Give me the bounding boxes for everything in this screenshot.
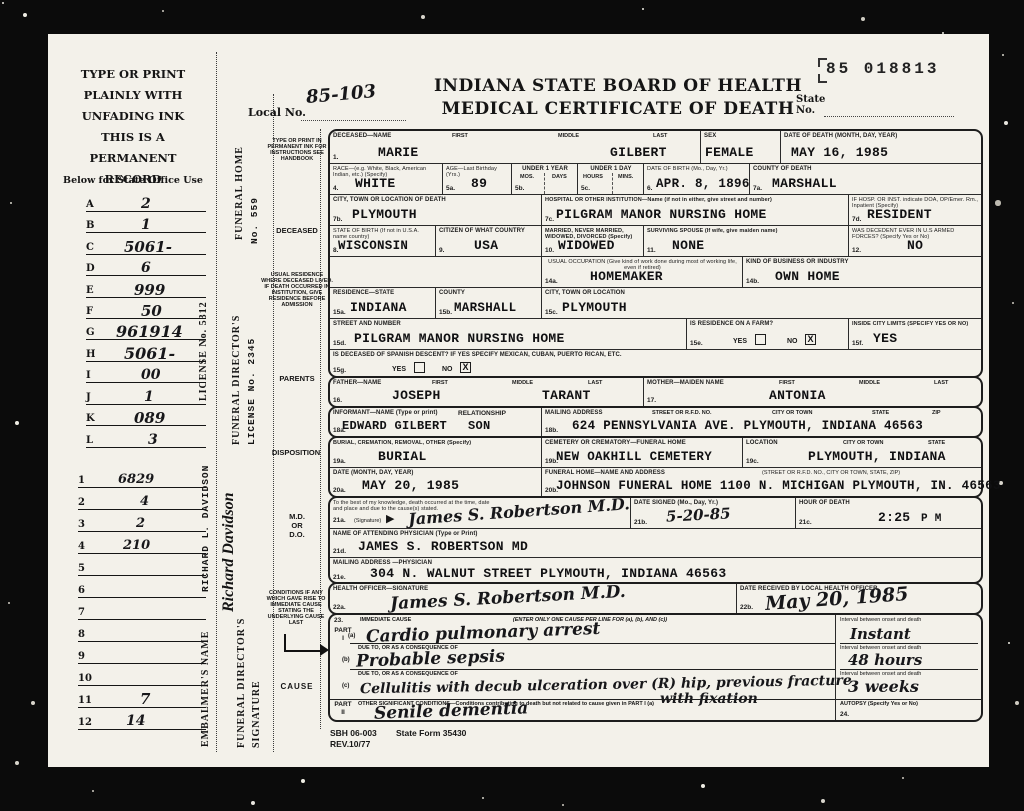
row-value: 14: [126, 713, 145, 729]
field-label: DATE OF BIRTH (Mo., Day, Yr.): [647, 166, 747, 172]
field-hospital: HOSPITAL OR OTHER INSTITUTION—Name (if n…: [541, 194, 848, 225]
field-hour-of-death: HOUR OF DEATH 21c. 2:25 P M: [795, 498, 981, 528]
fd-signature-script: Richard Davidson: [220, 442, 238, 612]
autopsy-label: AUTOPSY (Specify Yes or No): [840, 701, 975, 707]
field-state-of-birth: STATE OF BIRTH (If not in U.S.A. name co…: [330, 225, 435, 256]
interval-line: [840, 643, 978, 644]
physician-address-value: 304 N. WALNUT STREET PLYMOUTH, INDIANA 4…: [370, 566, 726, 581]
col-middle: MIDDLE: [859, 380, 880, 386]
other-conditions-value: Senile dementia: [374, 698, 529, 723]
col-middle: MIDDLE: [558, 133, 579, 139]
state-of-birth-value: WISCONSIN: [338, 239, 408, 253]
col-last: LAST: [934, 380, 948, 386]
field-number: 19a.: [333, 458, 346, 465]
row-letter: I: [86, 370, 91, 381]
field-label: LOCATION: [746, 440, 806, 447]
section-informant: INFORMANT—NAME (Type or print) RELATIONS…: [328, 406, 983, 438]
section-deceased: DECEASED—NAME FIRST MIDDLE LAST 1. MARIE…: [328, 129, 983, 378]
field-if-hosp: IF HOSP. OR INST. indicate DOA, OP/Emer.…: [848, 194, 981, 225]
row-letter: H: [86, 349, 95, 360]
divider: [216, 52, 217, 752]
row-number: 3: [78, 519, 85, 530]
signature-caption: (Signature): [354, 518, 381, 524]
divider: [612, 173, 613, 194]
date-signed-value: 5-20-85: [666, 504, 731, 525]
row-value: 2: [136, 516, 145, 531]
field-label: FATHER—NAME: [333, 380, 403, 387]
state-no-label: State No.: [796, 94, 825, 116]
field-number: 14b.: [746, 278, 759, 285]
field-number: 7a.: [753, 185, 762, 192]
field-label: IS DECEASED OF SPANISH DESCENT? IF YES S…: [333, 352, 733, 359]
row-letter: C: [86, 242, 94, 253]
instruction-line: THIS IS A: [58, 127, 208, 148]
section-label-deceased: DECEASED: [266, 226, 328, 235]
field-label: FUNERAL HOME—NAME AND ADDRESS: [545, 470, 705, 477]
field-residence-city: CITY, TOWN OR LOCATION 15c. PLYMOUTH: [541, 287, 981, 318]
row-number: 5: [78, 563, 85, 574]
father-last-value: TARANT: [542, 388, 591, 403]
row-value: 089: [134, 409, 165, 427]
field-residence-state: RESIDENCE—STATE 15a. INDIANA: [330, 287, 435, 318]
field-disposition-location: LOCATION CITY OR TOWN STATE 19c. PLYMOUT…: [742, 438, 981, 467]
field-number: 15e.: [690, 340, 703, 347]
field-number: 21b.: [634, 519, 647, 526]
age-value: 89: [471, 176, 487, 191]
date-of-death-value: MAY 16, 1985: [791, 145, 888, 160]
col-state: STATE: [872, 410, 889, 416]
armed-forces-value: NO: [907, 238, 923, 253]
father-first-value: JOSEPH: [392, 388, 441, 403]
stamp-corner: [818, 74, 827, 83]
cause-b-interval: 48 hours: [848, 651, 922, 669]
field-number: 15b.: [439, 309, 452, 316]
field-number: 16.: [333, 397, 342, 404]
field-number: 21a.: [333, 517, 346, 524]
interval-label: Interval between onset and death: [840, 617, 975, 623]
funeral-home-value: JOHNSON FUNERAL HOME 1100 N. MICHIGAN PL…: [556, 479, 1001, 493]
field-label: RESIDENCE—STATE: [333, 290, 433, 297]
row-number: 11: [78, 695, 92, 706]
field-label: CITIZEN OF WHAT COUNTRY: [439, 228, 539, 235]
row-value: 5061-: [124, 238, 172, 256]
certificate-document: TYPE OR PRINT PLAINLY WITH UNFADING INK …: [48, 34, 989, 767]
section-cause: 23. IMMEDIATE CAUSE (ENTER ONLY ONE CAUS…: [328, 613, 983, 722]
field-date-of-birth: DATE OF BIRTH (Mo., Day, Yr.) 6. APR. 8,…: [643, 163, 749, 194]
local-no-value: 85-103: [305, 81, 377, 108]
field-label: CITY, TOWN OR LOCATION OF DEATH: [333, 197, 539, 204]
field-funeral-home: FUNERAL HOME—NAME AND ADDRESS (STREET OR…: [541, 467, 981, 496]
field-label: MAILING ADDRESS: [545, 410, 625, 417]
field-number: 21d.: [333, 548, 346, 555]
field-date-signed: DATE SIGNED (Mo., Day, Yr.) 21b. 5-20-85: [630, 498, 795, 528]
section-label-usual-residence: USUAL RESIDENCE WHERE DECEASED LIVED. IF…: [261, 272, 333, 308]
funeral-director-license: LICENSE No. 2345: [246, 230, 257, 445]
funeral-home-sublabel: (STREET OR R.F.D. NO., CITY OR TOWN, STA…: [762, 470, 900, 476]
field-sex: SEX FEMALE: [700, 131, 780, 163]
row-number: 7: [78, 607, 85, 618]
relationship-value: SON: [468, 419, 491, 433]
row-letter: A: [86, 199, 94, 210]
row-value: 210: [123, 538, 150, 553]
col-city: CITY OR TOWN: [772, 410, 812, 416]
row-letter: D: [86, 263, 95, 274]
row-number: 6: [78, 585, 85, 596]
field-label: CITY, TOWN OR LOCATION: [545, 290, 979, 297]
spanish-no-label: NO: [442, 366, 453, 373]
scan-noise: [2, 2, 4, 4]
col-last: LAST: [588, 380, 602, 386]
field-label: NAME OF ATTENDING PHYSICIAN (Type or Pri…: [333, 531, 979, 538]
field-label: INFORMANT—NAME (Type or print): [333, 410, 443, 417]
county-of-death-value: MARSHALL: [772, 176, 837, 191]
field-citizen: CITIZEN OF WHAT COUNTRY 9. USA: [435, 225, 541, 256]
row-value: 5061-: [124, 344, 175, 363]
disposition-date-value: MAY 20, 1985: [362, 478, 459, 493]
empty-cell: [330, 256, 541, 287]
farm-yes-label: YES: [733, 338, 747, 345]
revision-label: REV.10/77: [330, 739, 370, 749]
section-label-cause: CAUSE: [266, 682, 328, 691]
section-health-officer: HEALTH OFFICER—SIGNATURE 22a. James S. R…: [328, 582, 983, 615]
row-value: 2: [141, 196, 151, 212]
spanish-yes-checkbox: [414, 362, 425, 373]
hospital-value: PILGRAM MANOR NURSING HOME: [556, 207, 767, 222]
row-number: 2: [78, 497, 85, 508]
due-to-label: DUE TO, OR AS A CONSEQUENCE OF: [358, 671, 458, 677]
date-of-birth-value: APR. 8, 1896: [656, 177, 750, 191]
field-number: 6.: [647, 185, 652, 192]
cause-line: [350, 669, 835, 670]
field-number: 17.: [647, 397, 656, 404]
row-value: 00: [141, 367, 160, 383]
field-label: DATE OF DEATH (MONTH, DAY, YEAR): [784, 133, 979, 140]
row-letter: J: [86, 392, 91, 403]
section-parents: FATHER—NAME FIRST MIDDLE LAST 16. JOSEPH…: [328, 376, 983, 408]
funeral-home-number: No. 559: [249, 126, 260, 244]
residence-city-value: PLYMOUTH: [562, 300, 627, 315]
field-date-received: DATE RECEIVED BY LOCAL HEALTH OFFICER 22…: [736, 584, 981, 613]
field-number: 7b.: [333, 216, 342, 223]
instruction-line: TYPE OR PRINT: [58, 64, 208, 85]
field-health-officer: HEALTH OFFICER—SIGNATURE 22a. James S. R…: [330, 584, 736, 613]
if-hosp-value: RESIDENT: [867, 207, 932, 222]
field-number: 15g.: [333, 367, 346, 374]
field-number: 4.: [333, 185, 338, 192]
field-label: INSIDE CITY LIMITS (SPECIFY YES OR NO): [852, 321, 979, 327]
license-number: LICENSE No. 5312: [198, 226, 209, 401]
occupation-value: HOMEMAKER: [590, 269, 663, 284]
field-street-number: STREET AND NUMBER 15d. PILGRAM MANOR NUR…: [330, 318, 686, 349]
col-mos: MOS.: [520, 174, 534, 180]
field-surviving-spouse: SURVIVING SPOUSE (If wife, give maiden n…: [643, 225, 848, 256]
informant-value: EDWARD GILBERT: [342, 419, 447, 433]
field-armed-forces: WAS DECEDENT EVER IN U.S ARMED FORCES? (…: [848, 225, 981, 256]
field-label: IS RESIDENCE ON A FARM?: [690, 321, 846, 328]
cause-a-interval: Instant: [850, 625, 911, 643]
field-number: 12.: [852, 247, 861, 254]
field-label: CEMETERY OR CREMATORY—FUNERAL HOME: [545, 440, 740, 447]
row-letter: L: [86, 435, 93, 446]
field-informant: INFORMANT—NAME (Type or print) RELATIONS…: [330, 408, 541, 436]
row-value: 6: [141, 260, 151, 276]
hour-of-death-ampm: P M: [921, 513, 942, 525]
field-number: 11.: [647, 247, 656, 254]
business-value: OWN HOME: [775, 269, 840, 284]
col-middle: MIDDLE: [512, 380, 533, 386]
field-number: 21e.: [333, 574, 346, 581]
field-mother-name: MOTHER—MAIDEN NAME FIRST MIDDLE LAST 17.…: [643, 378, 981, 406]
city-limits-value: YES: [873, 331, 897, 346]
field-number: 22a.: [333, 604, 346, 611]
form-code: SBH 06-003: [330, 728, 377, 738]
spouse-value: NONE: [672, 238, 704, 253]
row-number: 1: [78, 475, 85, 486]
state-form-number: State Form 35430: [396, 728, 466, 738]
field-occupation: USUAL OCCUPATION (Give kind of work done…: [541, 256, 742, 287]
field-deceased-name: DECEASED—NAME FIRST MIDDLE LAST 1. MARIE…: [330, 131, 700, 163]
section-disposition: BURIAL, CREMATION, REMOVAL, OTHER (Speci…: [328, 436, 983, 498]
line-a-tag: (a): [348, 633, 355, 639]
field-number: 19c.: [746, 458, 759, 465]
interval-line: [840, 669, 978, 670]
spanish-no-checkbox: X: [460, 362, 471, 373]
field-number: 5c.: [581, 185, 590, 192]
field-under-1-day: UNDER 1 DAY HOURS MINS. 5c.: [577, 163, 643, 194]
field-number: 14a.: [545, 278, 558, 285]
part-divider: [330, 699, 981, 700]
field-city-limits: INSIDE CITY LIMITS (SPECIFY YES OR NO) 1…: [848, 318, 981, 349]
field-disposition-date: DATE (MONTH, DAY, YEAR) 20a. MAY 20, 198…: [330, 467, 541, 496]
autopsy-number: 24.: [840, 711, 849, 718]
col-mins: MINS.: [618, 174, 633, 180]
divider: [273, 94, 274, 752]
relationship-label: RELATIONSHIP: [458, 410, 506, 417]
field-number: 1.: [333, 154, 338, 161]
residence-state-value: INDIANA: [350, 300, 407, 315]
field-label: KIND OF BUSINESS OR INDUSTRY: [746, 259, 979, 266]
field-label: DECEASED—NAME: [333, 133, 423, 140]
line-b-tag: (b): [342, 657, 350, 663]
col-city: CITY OR TOWN: [843, 440, 883, 446]
row-letter: K: [86, 413, 95, 424]
row-number: 12: [78, 717, 92, 728]
field-number: 15f.: [852, 340, 863, 347]
part-2-label: PART II: [332, 701, 354, 717]
field-county-of-death: COUNTY OF DEATH 7a. MARSHALL: [749, 163, 981, 194]
farm-no-checkbox: X: [805, 334, 816, 345]
field-age: AGE—Last Birthday (Yrs.) 5a. 89: [442, 163, 511, 194]
conditions-arrow: [284, 634, 324, 652]
field-label: SURVIVING SPOUSE (If wife, give maiden n…: [647, 228, 846, 234]
row-letter: B: [86, 220, 94, 231]
field-race: RACE—(e.g. White, Black, American Indian…: [330, 163, 442, 194]
col-zip: ZIP: [932, 410, 941, 416]
hour-of-death-value: 2:25: [878, 510, 910, 525]
field-number: 15c.: [545, 309, 558, 316]
divider: [544, 173, 545, 194]
row-number: 8: [78, 629, 85, 640]
residence-county-value: MARSHALL: [454, 301, 516, 315]
col-first: FIRST: [432, 380, 448, 386]
field-cemetery: CEMETERY OR CREMATORY—FUNERAL HOME 19b. …: [541, 438, 742, 467]
cause-line: [350, 643, 835, 644]
field-business: KIND OF BUSINESS OR INDUSTRY 14b. OWN HO…: [742, 256, 981, 287]
local-no-label: Local No.: [248, 106, 306, 119]
field-number: 18b.: [545, 427, 558, 434]
mother-value: ANTONIA: [769, 388, 826, 403]
line-c-tag: (c): [342, 683, 349, 689]
row-value: 961914: [116, 322, 183, 341]
cause-c-interval: 3 weeks: [848, 677, 919, 696]
embalmer-name-label: EMBALMER'S NAME: [200, 592, 211, 747]
row-value: 999: [134, 281, 165, 299]
field-label: DATE (MONTH, DAY, YEAR): [333, 470, 539, 477]
col-first: FIRST: [779, 380, 795, 386]
field-label: COUNTY OF DEATH: [753, 166, 979, 173]
divider: [835, 699, 836, 720]
row-number: 9: [78, 651, 85, 662]
stamp-number: 85 018813: [826, 60, 939, 78]
print-note: TYPE OR PRINT IN PERMANENT INK FOR INSTR…: [266, 138, 328, 162]
title-line1: INDIANA STATE BOARD OF HEALTH: [388, 76, 848, 96]
row-number: 10: [78, 673, 92, 684]
farm-no-label: NO: [787, 338, 798, 345]
section-label-parents: PARENTS: [266, 374, 328, 383]
location-value: PLYMOUTH, INDIANA: [808, 449, 946, 464]
field-label: BURIAL, CREMATION, REMOVAL, OTHER (Speci…: [333, 440, 539, 446]
sex-value: FEMALE: [705, 145, 754, 160]
fd-signature-label2: SIGNATURE: [251, 556, 262, 748]
immediate-cause-label: IMMEDIATE CAUSE: [360, 617, 411, 623]
field-label: UNDER 1 YEAR: [515, 166, 575, 173]
instruction-line: UNFADING INK: [58, 106, 208, 127]
col-last: LAST: [653, 133, 667, 139]
col-first: FIRST: [452, 133, 468, 139]
field-label: MOTHER—MAIDEN NAME: [647, 380, 747, 387]
race-value: WHITE: [355, 176, 396, 191]
row-value: 3: [148, 432, 158, 448]
field-label: HOSPITAL OR OTHER INSTITUTION—Name (if n…: [545, 197, 846, 203]
state-no-line: [824, 104, 954, 117]
cause-b-value: Probable sepsis: [356, 646, 506, 671]
stamp-corner: [818, 58, 827, 67]
funeral-director-label: FUNERAL DIRECTOR'S: [231, 230, 242, 445]
field-label: UNDER 1 DAY: [581, 166, 641, 173]
field-number: 15d.: [333, 340, 346, 347]
section-label-disposition: DISPOSITION: [260, 448, 332, 457]
field-spanish-descent: IS DECEASED OF SPANISH DESCENT? IF YES S…: [330, 349, 981, 376]
burial-value: BURIAL: [378, 449, 427, 464]
field-residence-farm: IS RESIDENCE ON A FARM? 15e. YES NO X: [686, 318, 848, 349]
row-value: 1: [141, 217, 151, 233]
mailing-address-value: 624 PENNSYLVANIA AVE. PLYMOUTH, INDIANA …: [572, 419, 923, 433]
field-number: 15a.: [333, 309, 346, 316]
last-name-value: GILBERT: [610, 145, 667, 160]
spanish-yes-label: YES: [392, 366, 406, 373]
marital-value: WIDOWED: [558, 238, 615, 253]
field-number: 9.: [439, 247, 444, 254]
field-attending-physician: NAME OF ATTENDING PHYSICIAN (Type or Pri…: [330, 528, 981, 557]
field-informant-mailing-address: MAILING ADDRESS STREET OR R.F.D. NO. CIT…: [541, 408, 981, 436]
section-label-md-do: M.D. OR D.O.: [276, 512, 318, 539]
field-label: SEX: [704, 133, 778, 140]
field-burial: BURIAL, CREMATION, REMOVAL, OTHER (Speci…: [330, 438, 541, 467]
row-letter: E: [86, 285, 94, 296]
field-number: 5a.: [446, 185, 455, 192]
signature-arrow-icon: ▶: [386, 512, 394, 525]
section-label-conditions: CONDITIONS IF ANY WHICH GAVE RISE TO IMM…: [264, 590, 328, 626]
attending-physician-value: JAMES S. ROBERTSON MD: [358, 539, 528, 554]
citizen-value: USA: [474, 238, 498, 253]
first-name-value: MARIE: [378, 145, 419, 160]
row-value: 4: [140, 494, 149, 509]
field-label: HOUR OF DEATH: [799, 500, 979, 507]
print-instructions: TYPE OR PRINT PLAINLY WITH UNFADING INK …: [58, 64, 208, 190]
field-certifier-signature: To the best of my knowledge, death occur…: [330, 498, 630, 528]
street-value: PILGRAM MANOR NURSING HOME: [354, 331, 565, 346]
field-number: 10.: [545, 247, 554, 254]
funeral-home-label: FUNERAL HOME: [234, 120, 245, 240]
row-number: 4: [78, 541, 85, 552]
field-number: 5b.: [515, 185, 524, 192]
field-number: 7d.: [852, 216, 861, 223]
field-number: 20a.: [333, 487, 346, 494]
field-number: 23.: [334, 617, 343, 624]
office-use-heading: Below for State Office Use: [53, 175, 213, 186]
row-letter: F: [86, 306, 93, 317]
field-number: 7c.: [545, 216, 554, 223]
row-value: 50: [141, 302, 162, 320]
field-number: 21c.: [799, 519, 812, 526]
field-number: 22b.: [740, 604, 753, 611]
field-father-name: FATHER—NAME FIRST MIDDLE LAST 16. JOSEPH…: [330, 378, 643, 406]
city-of-death-value: PLYMOUTH: [352, 207, 417, 222]
field-label: COUNTY: [439, 290, 539, 297]
section-md-do: To the best of my knowledge, death occur…: [328, 496, 983, 584]
row-value: 1: [144, 389, 154, 405]
row-letter: G: [86, 327, 95, 338]
col-hours: HOURS: [583, 174, 603, 180]
field-under-1-year: UNDER 1 YEAR MOS. DAYS 5b.: [511, 163, 577, 194]
field-physician-address: MAILING ADDRESS —PHYSICIAN 21e. 304 N. W…: [330, 557, 981, 582]
row-value: 7: [140, 690, 150, 708]
col-street: STREET OR R.F.D. NO.: [652, 410, 712, 416]
instruction-line: PLAINLY WITH: [58, 85, 208, 106]
col-days: DAYS: [552, 174, 567, 180]
field-residence-county: COUNTY 15b. MARSHALL: [435, 287, 541, 318]
instruction-line: PERMANENT: [58, 148, 208, 169]
field-city-of-death: CITY, TOWN OR LOCATION OF DEATH 7b. PLYM…: [330, 194, 541, 225]
farm-yes-checkbox: [755, 334, 766, 345]
field-date-of-death: DATE OF DEATH (MONTH, DAY, YEAR) MAY 16,…: [780, 131, 981, 163]
field-marital-status: MARRIED, NEVER MARRIED, WIDOWED, DIVORCE…: [541, 225, 643, 256]
field-label: STREET AND NUMBER: [333, 321, 684, 328]
cemetery-value: NEW OAKHILL CEMETERY: [556, 450, 712, 464]
embalmer-name-value: RICHARD L. DAVIDSON: [200, 434, 211, 592]
title-line2: MEDICAL CERTIFICATE OF DEATH: [388, 99, 848, 119]
row-value: 6829: [118, 472, 154, 487]
col-state: STATE: [928, 440, 945, 446]
